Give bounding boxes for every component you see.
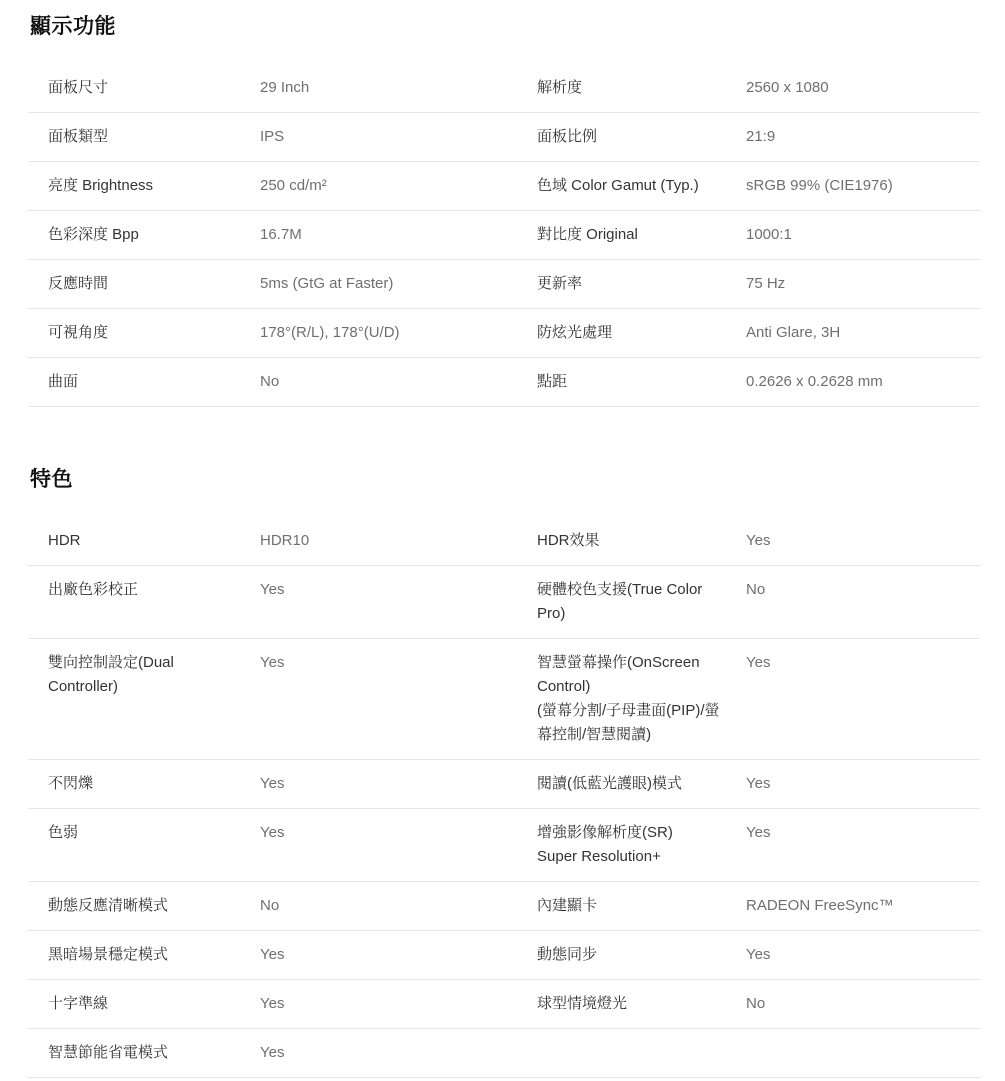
spec-row: 動態反應清晰模式No內建顯卡RADEON FreeSync™ (28, 882, 980, 931)
spec-row: HDRHDR10HDR效果Yes (28, 517, 980, 566)
spec-row: 曲面No點距0.2626 x 0.2628 mm (28, 358, 980, 407)
section-title-features: 特色 (30, 461, 980, 493)
spec-label: 硬體校色支援(True Color Pro) (537, 578, 746, 626)
spec-value: Yes (746, 821, 980, 845)
spec-row: 面板尺寸29 Inch解析度2560 x 1080 (28, 64, 980, 113)
spec-label: 點距 (537, 370, 746, 394)
features-table: HDRHDR10HDR效果Yes出廠色彩校正Yes硬體校色支援(True Col… (28, 517, 980, 1078)
spec-label: 色彩深度 Bpp (28, 223, 260, 247)
spec-label: 面板尺寸 (28, 76, 260, 100)
spec-label: 閱讀(低藍光護眼)模式 (537, 772, 746, 796)
spec-value: No (746, 578, 980, 602)
spec-label: 智慧節能省電模式 (28, 1041, 260, 1065)
spec-label: 防炫光處理 (537, 321, 746, 345)
spec-value: Yes (260, 821, 537, 845)
spec-value: 29 Inch (260, 76, 537, 100)
spec-row: 可視角度178°(R/L), 178°(U/D)防炫光處理Anti Glare,… (28, 309, 980, 358)
spec-value: Yes (260, 943, 537, 967)
spec-row: 面板類型IPS面板比例21:9 (28, 113, 980, 162)
spec-value: 250 cd/m² (260, 174, 537, 198)
spec-label: 曲面 (28, 370, 260, 394)
spec-value: 0.2626 x 0.2628 mm (746, 370, 980, 394)
spec-value: No (260, 370, 537, 394)
spec-value: Yes (260, 1041, 537, 1065)
spec-label: 更新率 (537, 272, 746, 296)
spec-value: IPS (260, 125, 537, 149)
spec-label: 黑暗場景穩定模式 (28, 943, 260, 967)
spec-row: 雙向控制設定(Dual Controller)Yes智慧螢幕操作(OnScree… (28, 639, 980, 760)
spec-value: Yes (260, 772, 537, 796)
spec-label: 雙向控制設定(Dual Controller) (28, 651, 260, 699)
spec-value: No (746, 992, 980, 1016)
spec-label: 內建顯卡 (537, 894, 746, 918)
spec-value: Yes (746, 943, 980, 967)
spec-value: 178°(R/L), 178°(U/D) (260, 321, 537, 345)
spec-label: 不閃爍 (28, 772, 260, 796)
spec-value: 2560 x 1080 (746, 76, 980, 100)
spec-value: sRGB 99% (CIE1976) (746, 174, 980, 198)
spec-label: 十字準線 (28, 992, 260, 1016)
spec-value: RADEON FreeSync™ (746, 894, 980, 918)
spec-row: 十字準線Yes球型情境燈光No (28, 980, 980, 1029)
spec-value: HDR10 (260, 529, 537, 553)
spec-row: 色弱Yes增強影像解析度(SR) Super Resolution+Yes (28, 809, 980, 882)
spec-label: 亮度 Brightness (28, 174, 260, 198)
spec-label: 出廠色彩校正 (28, 578, 260, 602)
spec-value: 1000:1 (746, 223, 980, 247)
spec-value: Anti Glare, 3H (746, 321, 980, 345)
spec-value: Yes (260, 578, 537, 602)
spec-value: Yes (746, 772, 980, 796)
spec-label: 球型情境燈光 (537, 992, 746, 1016)
spec-value: Yes (260, 651, 537, 675)
spec-value: Yes (260, 992, 537, 1016)
spec-label: 解析度 (537, 76, 746, 100)
spec-row: 亮度 Brightness250 cd/m²色域 Color Gamut (Ty… (28, 162, 980, 211)
spec-label: 動態同步 (537, 943, 746, 967)
spec-row: 反應時間5ms (GtG at Faster)更新率75 Hz (28, 260, 980, 309)
spec-row: 不閃爍Yes閱讀(低藍光護眼)模式Yes (28, 760, 980, 809)
spec-label: 智慧螢幕操作(OnScreen Control) (螢幕分割/子母畫面(PIP)… (537, 651, 746, 747)
spec-label: 色弱 (28, 821, 260, 845)
spec-label: 面板類型 (28, 125, 260, 149)
spec-page: 顯示功能 面板尺寸29 Inch解析度2560 x 1080面板類型IPS面板比… (0, 0, 1005, 1078)
section-display-features: 顯示功能 面板尺寸29 Inch解析度2560 x 1080面板類型IPS面板比… (28, 8, 980, 407)
spec-value: Yes (746, 529, 980, 553)
section-title-display-features: 顯示功能 (30, 8, 980, 40)
spec-row: 黑暗場景穩定模式Yes動態同步Yes (28, 931, 980, 980)
spec-label: 可視角度 (28, 321, 260, 345)
spec-value: Yes (746, 651, 980, 675)
spec-value: 75 Hz (746, 272, 980, 296)
spec-label: 對比度 Original (537, 223, 746, 247)
spec-label: 色域 Color Gamut (Typ.) (537, 174, 746, 198)
spec-value: No (260, 894, 537, 918)
spec-label: 增強影像解析度(SR) Super Resolution+ (537, 821, 746, 869)
section-features: 特色 HDRHDR10HDR效果Yes出廠色彩校正Yes硬體校色支援(True … (28, 461, 980, 1078)
spec-row: 出廠色彩校正Yes硬體校色支援(True Color Pro)No (28, 566, 980, 639)
spec-label: HDR (28, 529, 260, 553)
spec-row: 色彩深度 Bpp16.7M對比度 Original1000:1 (28, 211, 980, 260)
spec-value: 16.7M (260, 223, 537, 247)
spec-row: 智慧節能省電模式Yes (28, 1029, 980, 1078)
spec-value: 5ms (GtG at Faster) (260, 272, 537, 296)
spec-label: 動態反應清晰模式 (28, 894, 260, 918)
spec-label: 面板比例 (537, 125, 746, 149)
spec-value: 21:9 (746, 125, 980, 149)
display-features-table: 面板尺寸29 Inch解析度2560 x 1080面板類型IPS面板比例21:9… (28, 64, 980, 407)
spec-label: HDR效果 (537, 529, 746, 553)
spec-label: 反應時間 (28, 272, 260, 296)
